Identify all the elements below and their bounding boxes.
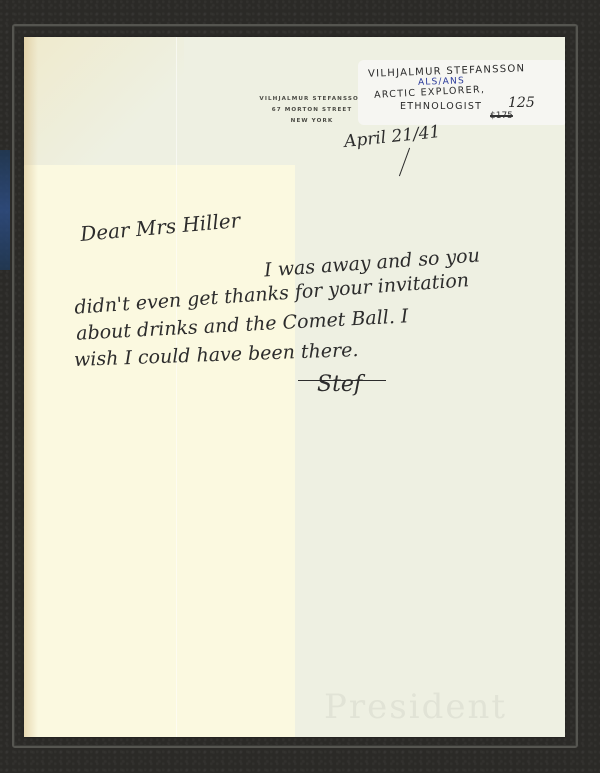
paper-fold-line <box>176 37 177 737</box>
background-object <box>0 150 10 270</box>
paper-edge-stain <box>24 37 38 737</box>
paper-cream-region <box>24 165 295 737</box>
label-old-price: $175 <box>490 111 513 121</box>
paper-toning <box>24 37 184 165</box>
label-profession: ARCTIC EXPLORER, <box>374 84 486 101</box>
label-profession-2: ETHNOLOGIST <box>400 101 482 112</box>
watermark: President <box>324 687 507 727</box>
signature: Stef <box>317 372 362 397</box>
letter-paper: VILHJALMUR STEFANSSON 67 MORTON STREET N… <box>24 37 565 737</box>
label-price: 125 <box>508 95 535 111</box>
date-underline-stroke <box>399 148 410 177</box>
dealer-label: VILHJALMUR STEFANSSON ALS/ANS ARCTIC EXP… <box>358 60 565 125</box>
